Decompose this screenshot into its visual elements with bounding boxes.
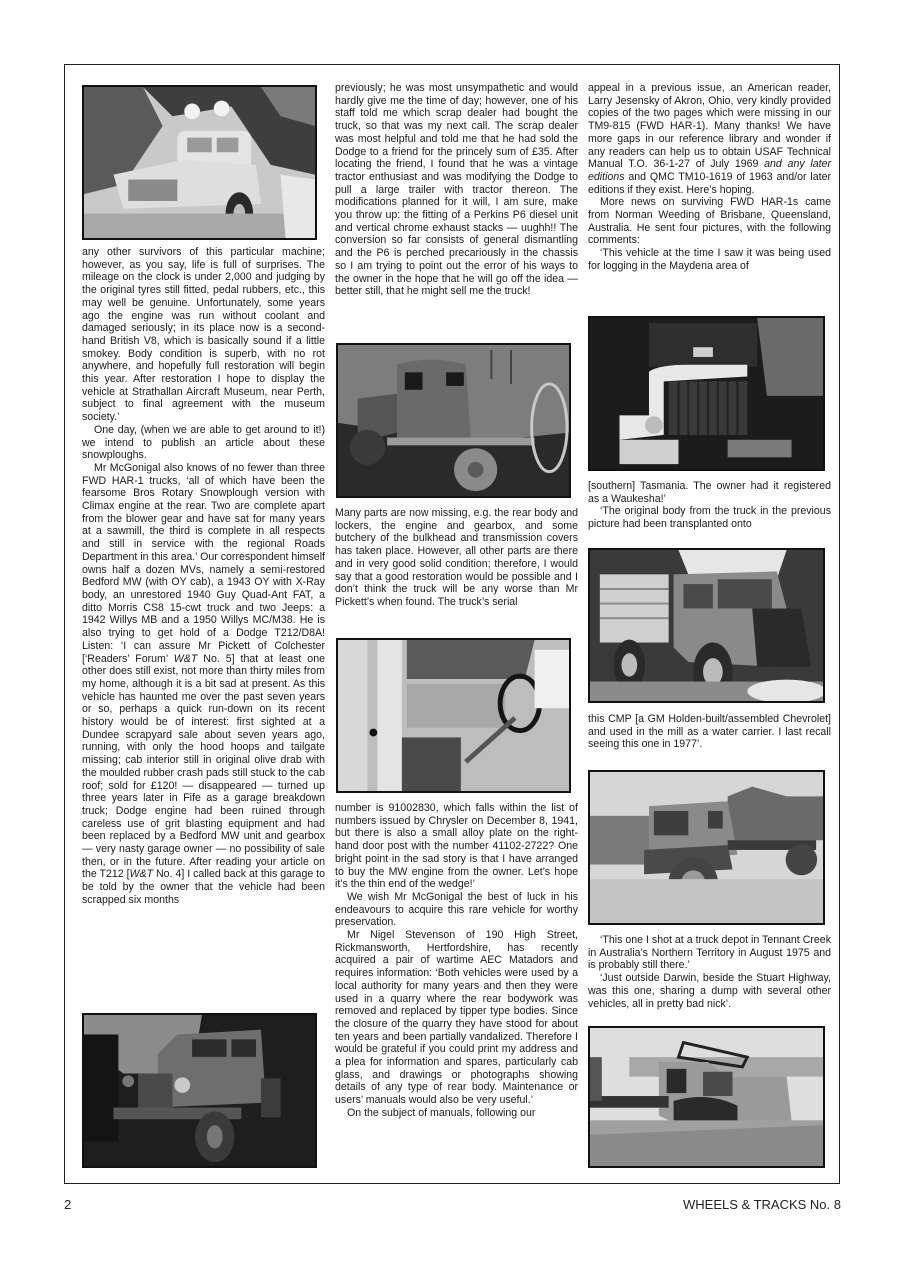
paragraph: Mr McGonigal also knows of no fewer than… bbox=[82, 462, 325, 907]
paragraph: ‘Just outside Darwin, beside the Stuart … bbox=[588, 972, 831, 1010]
paragraph: More news on surviving FWD HAR-1s came f… bbox=[588, 196, 831, 247]
paragraph: On the subject of manuals, following our bbox=[335, 1107, 578, 1120]
column-3-caption-4: ‘This one I shot at a truck depot in Ten… bbox=[588, 934, 831, 1010]
column-3-caption-3: this CMP [a GM Holden-built/assembled Ch… bbox=[588, 713, 831, 751]
photo-cmp-chevrolet-water-carrier bbox=[588, 548, 825, 703]
paragraph: ‘This one I shot at a truck depot in Ten… bbox=[588, 934, 831, 972]
page-number: 2 bbox=[64, 1197, 71, 1212]
photo-cab-interior bbox=[336, 638, 571, 793]
paragraph: Mr Nigel Stevenson of 190 High Street, R… bbox=[335, 929, 578, 1107]
photo-fwd-truck-tennant-creek bbox=[588, 770, 825, 925]
column-1-text: any other survivors of this particular m… bbox=[82, 246, 325, 907]
paragraph: previously; he was most unsympathetic an… bbox=[335, 82, 578, 298]
photo-snowplough-truck bbox=[82, 85, 317, 240]
column-2-mid-text: Many parts are now missing, e.g. the rea… bbox=[335, 507, 578, 609]
photo-dodge-truck-garage bbox=[82, 1013, 317, 1168]
paragraph: ‘This vehicle at the time I saw it was b… bbox=[588, 247, 831, 272]
publication-title: WHEELS & TRACKS No. 8 bbox=[683, 1197, 841, 1212]
paragraph: any other survivors of this particular m… bbox=[82, 246, 325, 424]
photo-wreck-darwin-dump bbox=[588, 1026, 825, 1168]
photo-stripped-chassis-shed bbox=[336, 343, 571, 498]
paragraph: ‘The original body from the truck in the… bbox=[588, 505, 831, 530]
column-3-top-text: appeal in a previous issue, an American … bbox=[588, 82, 831, 273]
photo-fwd-har1-logging bbox=[588, 316, 825, 471]
paragraph: Many parts are now missing, e.g. the rea… bbox=[335, 507, 578, 609]
paragraph: appeal in a previous issue, an American … bbox=[588, 82, 831, 196]
column-2-top-text: previously; he was most unsympathetic an… bbox=[335, 82, 578, 298]
paragraph: We wish Mr McGonigal the best of luck in… bbox=[335, 891, 578, 929]
paragraph: number is 91002830, which falls within t… bbox=[335, 802, 578, 891]
column-2-bottom-text: number is 91002830, which falls within t… bbox=[335, 802, 578, 1120]
paragraph: this CMP [a GM Holden-built/assembled Ch… bbox=[588, 713, 831, 751]
column-3-caption-2: [southern] Tasmania. The owner had it re… bbox=[588, 480, 831, 531]
paragraph: [southern] Tasmania. The owner had it re… bbox=[588, 480, 831, 505]
paragraph: One day, (when we are able to get around… bbox=[82, 424, 325, 462]
